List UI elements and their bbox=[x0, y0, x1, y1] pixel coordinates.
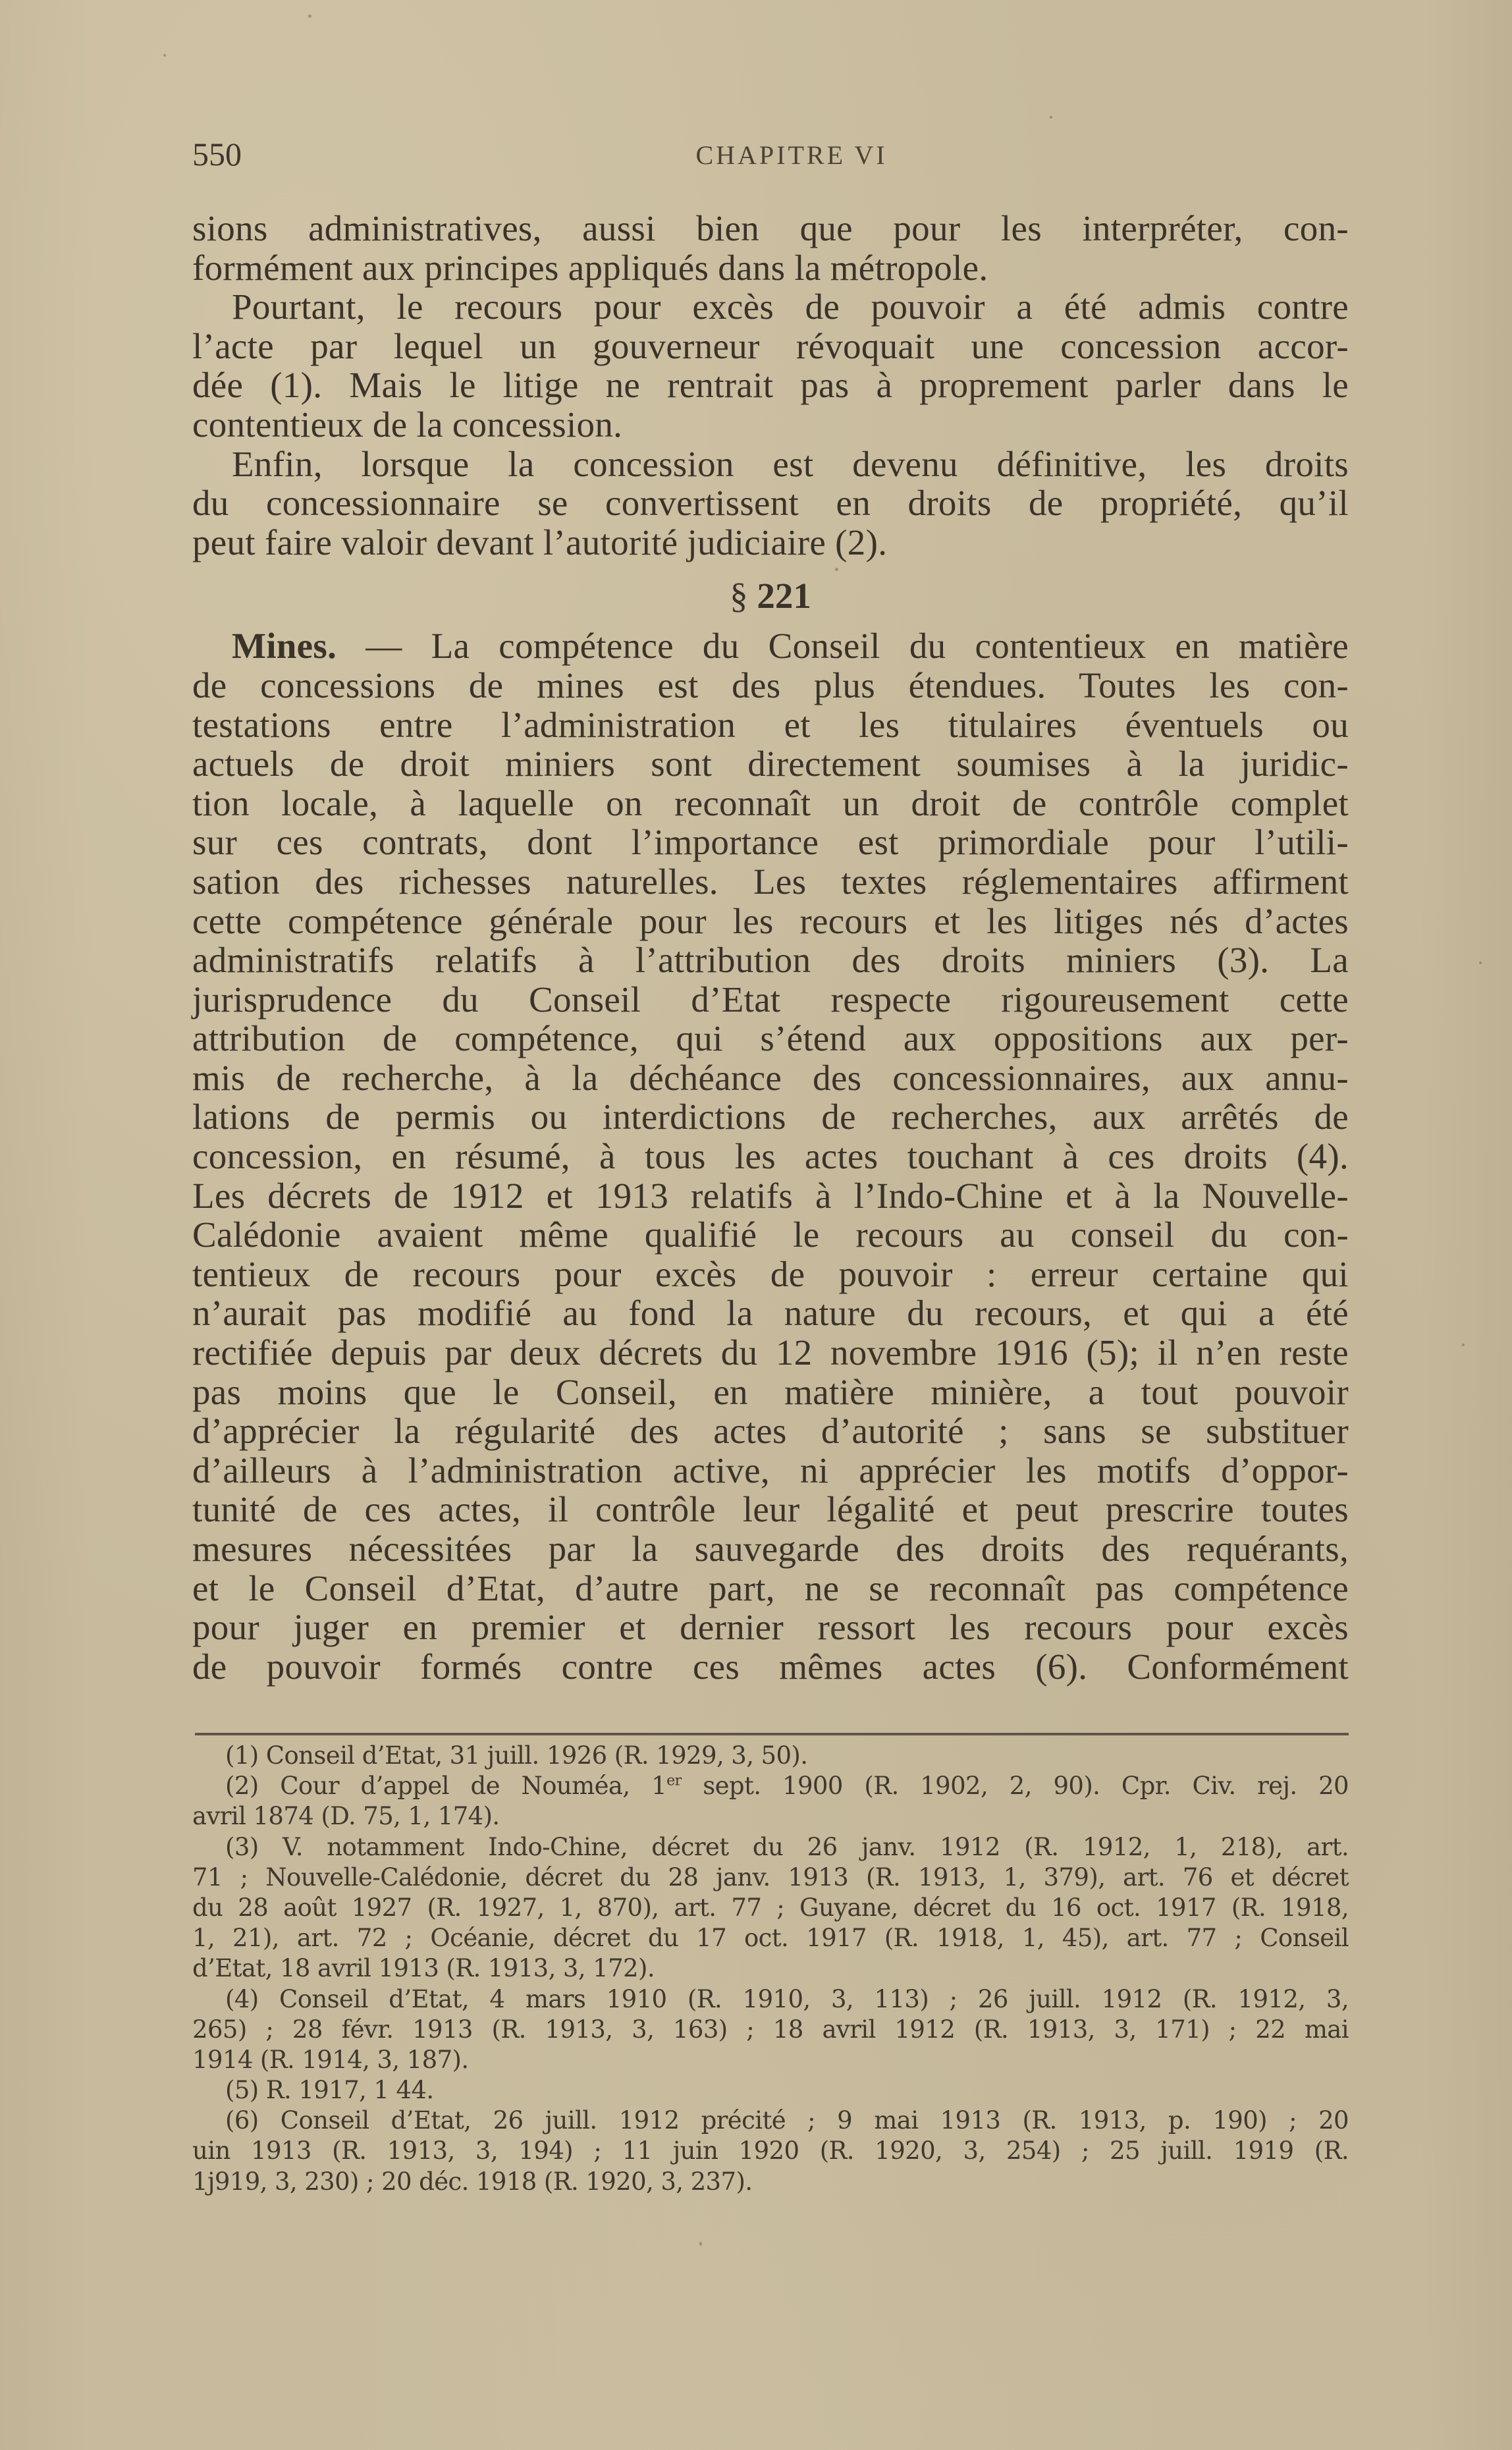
main-text: sions administratives, aussi bien que po… bbox=[192, 209, 1349, 1686]
paper-speck bbox=[1050, 116, 1052, 119]
paper-speck bbox=[163, 54, 166, 57]
paragraph-start: Pourtant, le recours pour excès de pouvo… bbox=[192, 287, 1349, 327]
text-line: sation des richesses naturelles. Les tex… bbox=[192, 862, 1349, 902]
text-run: sept. 1900 (R. 1902, 2, 90). Cpr. Civ. r… bbox=[682, 1772, 1349, 1800]
running-header: 550 CHAPITRE VI bbox=[192, 136, 1349, 173]
text-line: administratifs relatifs à l’attribution … bbox=[192, 940, 1349, 980]
text-line: jurisprudence du Conseil d’Etat respecte… bbox=[192, 980, 1349, 1020]
text-line: tentieux de recours pour excès de pouvoi… bbox=[192, 1255, 1349, 1294]
text-line: sur ces contrats, dont l’importance est … bbox=[192, 823, 1349, 862]
text-run: (2) Cour d’appel de Nouméa, 1 bbox=[225, 1772, 666, 1800]
paper-speck bbox=[1462, 1344, 1465, 1346]
text-line: tunité de ces actes, il contrôle leur lé… bbox=[192, 1490, 1349, 1529]
footnote-line: avril 1874 (D. 75, 1, 174). bbox=[192, 1801, 1349, 1832]
text-line: de pouvoir formés contre ces mêmes actes… bbox=[192, 1647, 1349, 1687]
footnote-2: (2) Cour d’appel de Nouméa, 1er sept. 19… bbox=[192, 1771, 1349, 1801]
chapter-title: CHAPITRE VI bbox=[192, 140, 1391, 171]
footnote-line: 265) ; 28 févr. 1913 (R. 1913, 3, 163) ;… bbox=[192, 2015, 1349, 2045]
section-symbol: § bbox=[730, 576, 748, 616]
text-line: contentieux de la concession. bbox=[192, 405, 1349, 445]
text-line: de concessions de mines est des plus éte… bbox=[192, 666, 1349, 705]
text-line: du concessionnaire se convertissent en d… bbox=[192, 483, 1349, 523]
paper-speck bbox=[1479, 962, 1482, 964]
footnote-line: 1, 21), art. 72 ; Océanie, décret du 17 … bbox=[192, 1923, 1349, 1953]
text-line: pas moins que le Conseil, en matière min… bbox=[192, 1373, 1349, 1412]
footnote-line: 1j919, 3, 230) ; 20 déc. 1918 (R. 1920, … bbox=[192, 2167, 1349, 2197]
footnote-3: (3) V. notamment Indo-Chine, décret du 2… bbox=[192, 1832, 1349, 1863]
text-line: testations entre l’administration et les… bbox=[192, 705, 1349, 745]
text-line: attribution de compétence, qui s’étend a… bbox=[192, 1019, 1349, 1058]
text-line: l’acte par lequel un gouverneur révoquai… bbox=[192, 327, 1349, 366]
footnote-1: (1) Conseil d’Etat, 31 juill. 1926 (R. 1… bbox=[192, 1741, 1349, 1771]
superscript: er bbox=[666, 1772, 682, 1789]
text-line: dée (1). Mais le litige ne rentrait pas … bbox=[192, 366, 1349, 405]
paper-speck bbox=[308, 14, 311, 18]
text-line: formément aux principes appliqués dans l… bbox=[192, 248, 1349, 288]
footnote-line: du 28 août 1927 (R. 1927, 1, 870), art. … bbox=[192, 1893, 1349, 1923]
text-line: et le Conseil d’Etat, d’autre part, ne s… bbox=[192, 1569, 1349, 1608]
paragraph-start: Enfin, lorsque la concession est devenu … bbox=[192, 445, 1349, 484]
footnotes: (1) Conseil d’Etat, 31 juill. 1926 (R. 1… bbox=[192, 1741, 1349, 2197]
text-line: Les décrets de 1912 et 1913 relatifs à l… bbox=[192, 1176, 1349, 1216]
paragraph-start: Mines. — La compétence du Conseil du con… bbox=[192, 626, 1349, 666]
footnote-separator bbox=[195, 1733, 1349, 1735]
text-line: mesures nécessitées par la sauvegarde de… bbox=[192, 1529, 1349, 1569]
text-line: pour juger en premier et dernier ressort… bbox=[192, 1608, 1349, 1647]
text-line: n’aurait pas modifié au fond la nature d… bbox=[192, 1293, 1349, 1333]
text-line: cette compétence générale pour les recou… bbox=[192, 902, 1349, 941]
footnote-line: 1914 (R. 1914, 3, 187). bbox=[192, 2045, 1349, 2075]
footnote-4: (4) Conseil d’Etat, 4 mars 1910 (R. 1910… bbox=[192, 1984, 1349, 2015]
section-lead: Mines. bbox=[232, 626, 337, 666]
footnote-6: (6) Conseil d’Etat, 26 juill. 1912 préci… bbox=[192, 2106, 1349, 2136]
text-line: peut faire valoir devant l’autorité judi… bbox=[192, 523, 1349, 562]
text-line: concession, en résumé, à tous les actes … bbox=[192, 1137, 1349, 1176]
footnote-line: d’Etat, 18 avril 1913 (R. 1913, 3, 172). bbox=[192, 1953, 1349, 1984]
section-heading: § 221 bbox=[192, 562, 1349, 626]
text-line: rectifiée depuis par deux décrets du 12 … bbox=[192, 1333, 1349, 1373]
footnote-5: (5) R. 1917, 1 44. bbox=[192, 2075, 1349, 2106]
text-run: — La compétence du Conseil du contentieu… bbox=[365, 626, 1349, 666]
footnote-line: 71 ; Nouvelle-Calédonie, décret du 28 ja… bbox=[192, 1863, 1349, 1893]
text-line: mis de recherche, à la déchéance des con… bbox=[192, 1058, 1349, 1098]
text-line: actuels de droit miniers sont directemen… bbox=[192, 744, 1349, 784]
text-line: d’apprécier la régularité des actes d’au… bbox=[192, 1411, 1349, 1451]
text-line: d’ailleurs à l’administration active, ni… bbox=[192, 1451, 1349, 1490]
footnote-line: uin 1913 (R. 1913, 3, 194) ; 11 juin 192… bbox=[192, 2136, 1349, 2166]
text-line: Calédonie avaient même qualifié le recou… bbox=[192, 1215, 1349, 1255]
text-line: sions administratives, aussi bien que po… bbox=[192, 209, 1349, 248]
paper-speck bbox=[835, 568, 838, 571]
text-line: tion locale, à laquelle on reconnaît un … bbox=[192, 784, 1349, 823]
text-line: lations de permis ou interdictions de re… bbox=[192, 1097, 1349, 1137]
paper-speck bbox=[699, 2242, 702, 2246]
section-number: 221 bbox=[757, 576, 811, 616]
